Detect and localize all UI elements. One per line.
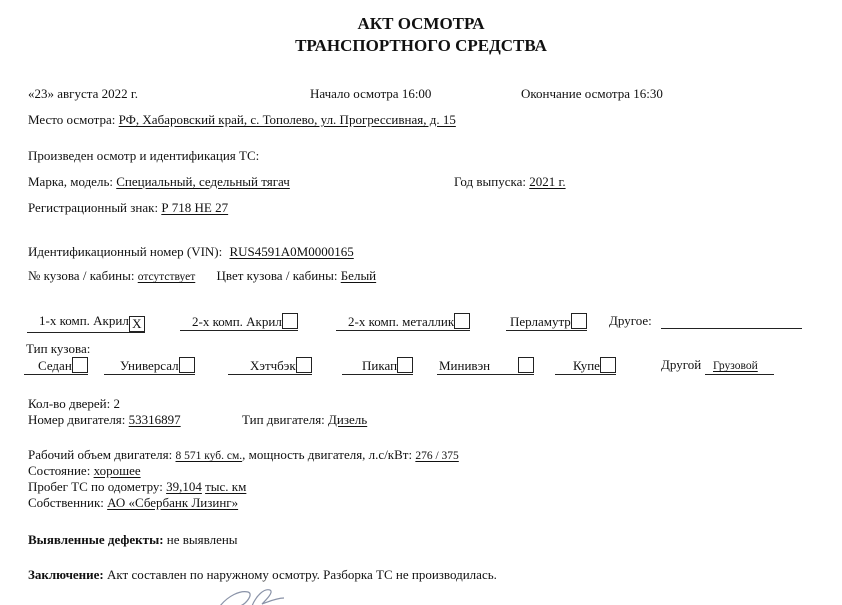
paint-other-label: Другое:	[609, 313, 652, 329]
checkbox-checked[interactable]: X	[129, 316, 145, 332]
body-type-label: Универсал	[120, 358, 179, 373]
body-type-label: Минивэн	[439, 358, 490, 373]
year-value: 2021 г.	[529, 174, 565, 189]
document-title-line2: ТРАНСПОРТНОГО СРЕДСТВА	[0, 36, 842, 56]
power-value: 276 / 375	[415, 450, 458, 462]
place-value: РФ, Хабаровский край, с. Тополево, ул. П…	[119, 112, 456, 127]
displacement-value: 8 571 куб. см.	[176, 450, 243, 462]
body-type-pickup[interactable]: Пикап	[342, 357, 413, 375]
body-type-hatchback[interactable]: Хэтчбэк	[228, 357, 312, 375]
end-value: 16:30	[633, 86, 663, 101]
vin-label: Идентификационный номер (VIN):	[28, 244, 222, 259]
body-type-minivan[interactable]: Минивэн	[437, 357, 534, 375]
inspection-place: Место осмотра: РФ, Хабаровский край, с. …	[28, 112, 456, 128]
year: Год выпуска: 2021 г.	[454, 174, 566, 190]
make-model: Марка, модель: Специальный, седельный тя…	[28, 174, 290, 190]
reg-value: Р 718 НЕ 27	[161, 200, 228, 215]
checkbox[interactable]	[179, 357, 195, 373]
defects-label: Выявленные дефекты:	[28, 532, 164, 547]
color-label: Цвет кузова / кабины:	[217, 268, 338, 283]
body-type-coupe[interactable]: Купе	[555, 357, 616, 375]
document-title-line1: АКТ ОСМОТРА	[0, 14, 842, 34]
vin: Идентификационный номер (VIN): RUS4591A0…	[28, 244, 354, 260]
paint-option-label: 2-х комп. металлик	[348, 314, 454, 329]
power-label: мощность двигателя, л.с/кВт:	[249, 447, 412, 462]
defects: Выявленные дефекты: не выявлены	[28, 532, 238, 548]
engine-type-value: Дизель	[328, 412, 367, 427]
checkbox[interactable]	[600, 357, 616, 373]
owner: Собственник: АО «Сбербанк Лизинг»	[28, 495, 238, 511]
intro-text: Произведен осмотр и идентификация ТС:	[28, 148, 259, 164]
checkbox[interactable]	[282, 313, 298, 329]
paint-option-label: 1-х комп. Акрил	[39, 313, 129, 328]
reg-label: Регистрационный знак:	[28, 200, 158, 215]
owner-value: АО «Сбербанк Лизинг»	[107, 495, 238, 510]
conclusion-label: Заключение:	[28, 567, 104, 582]
engine-number: Номер двигателя: 53316897	[28, 412, 181, 428]
engine-no-value: 53316897	[129, 412, 181, 427]
body-type-label: Пикап	[362, 358, 397, 373]
condition-label: Состояние:	[28, 463, 90, 478]
body-other-value: Грузовой	[713, 360, 758, 372]
start-label: Начало осмотра	[310, 86, 399, 101]
body-number-color: № кузова / кабины: отсутствует Цвет кузо…	[28, 268, 376, 285]
body-type-wagon[interactable]: Универсал	[104, 357, 195, 375]
displacement-power: Рабочий объем двигателя: 8 571 куб. см.,…	[28, 447, 459, 464]
signature-icon	[210, 584, 330, 605]
body-type-label: Седан	[38, 358, 72, 373]
engine-no-label: Номер двигателя:	[28, 412, 125, 427]
mileage-value: 39,104	[166, 479, 202, 494]
owner-label: Собственник:	[28, 495, 104, 510]
registration: Регистрационный знак: Р 718 НЕ 27	[28, 200, 228, 216]
checkbox[interactable]	[296, 357, 312, 373]
body-type-label: Хэтчбэк	[250, 358, 296, 373]
mileage-unit: тыс. км	[205, 479, 246, 494]
doors-label: Кол-во дверей:	[28, 396, 110, 411]
paint-option-label: Перламутр	[510, 314, 571, 329]
paint-other-field[interactable]	[661, 328, 802, 329]
start-value: 16:00	[402, 86, 432, 101]
end-label: Окончание осмотра	[521, 86, 630, 101]
end-time: Окончание осмотра 16:30	[521, 86, 663, 102]
checkbox[interactable]	[72, 357, 88, 373]
color-value: Белый	[341, 268, 376, 283]
condition: Состояние: хорошее	[28, 463, 141, 479]
paint-option-label: 2-х комп. Акрил	[192, 314, 282, 329]
engine-type: Тип двигателя: Дизель	[242, 412, 367, 428]
year-label: Год выпуска:	[454, 174, 526, 189]
defects-value: не выявлены	[167, 532, 238, 547]
checkbox[interactable]	[397, 357, 413, 373]
make-value: Специальный, седельный тягач	[116, 174, 290, 189]
mileage-label: Пробег ТС по одометру:	[28, 479, 163, 494]
mileage: Пробег ТС по одометру: 39,104 тыс. км	[28, 479, 246, 495]
body-other-label: Другой	[661, 357, 701, 373]
body-no-value: отсутствует	[138, 271, 214, 283]
checkbox[interactable]	[454, 313, 470, 329]
paint-option-4[interactable]: Перламутр	[506, 313, 587, 331]
inspection-date: «23» августа 2022 г.	[28, 86, 138, 102]
place-label: Место осмотра:	[28, 112, 115, 127]
condition-value: хорошее	[94, 463, 141, 478]
paint-option-2[interactable]: 2-х комп. Акрил	[180, 313, 298, 331]
start-time: Начало осмотра 16:00	[310, 86, 431, 102]
doors-value: 2	[114, 396, 121, 411]
make-label: Марка, модель:	[28, 174, 113, 189]
body-type-label: Купе	[573, 358, 600, 373]
body-no-label: № кузова / кабины:	[28, 268, 134, 283]
engine-type-label: Тип двигателя:	[242, 412, 325, 427]
body-type-label: Тип кузова:	[26, 341, 90, 357]
checkbox[interactable]	[518, 357, 534, 373]
checkbox[interactable]	[571, 313, 587, 329]
displacement-label: Рабочий объем двигателя:	[28, 447, 172, 462]
vin-value: RUS4591A0M0000165	[230, 244, 354, 259]
doors: Кол-во дверей: 2	[28, 396, 120, 412]
conclusion-value: Акт составлен по наружному осмотру. Разб…	[107, 567, 497, 582]
paint-option-3[interactable]: 2-х комп. металлик	[336, 313, 470, 331]
conclusion: Заключение: Акт составлен по наружному о…	[28, 567, 497, 583]
body-type-sedan[interactable]: Седан	[24, 357, 88, 375]
body-other-field[interactable]: Грузовой	[705, 357, 774, 375]
paint-option-1[interactable]: 1-х комп. АкрилX	[27, 313, 145, 333]
